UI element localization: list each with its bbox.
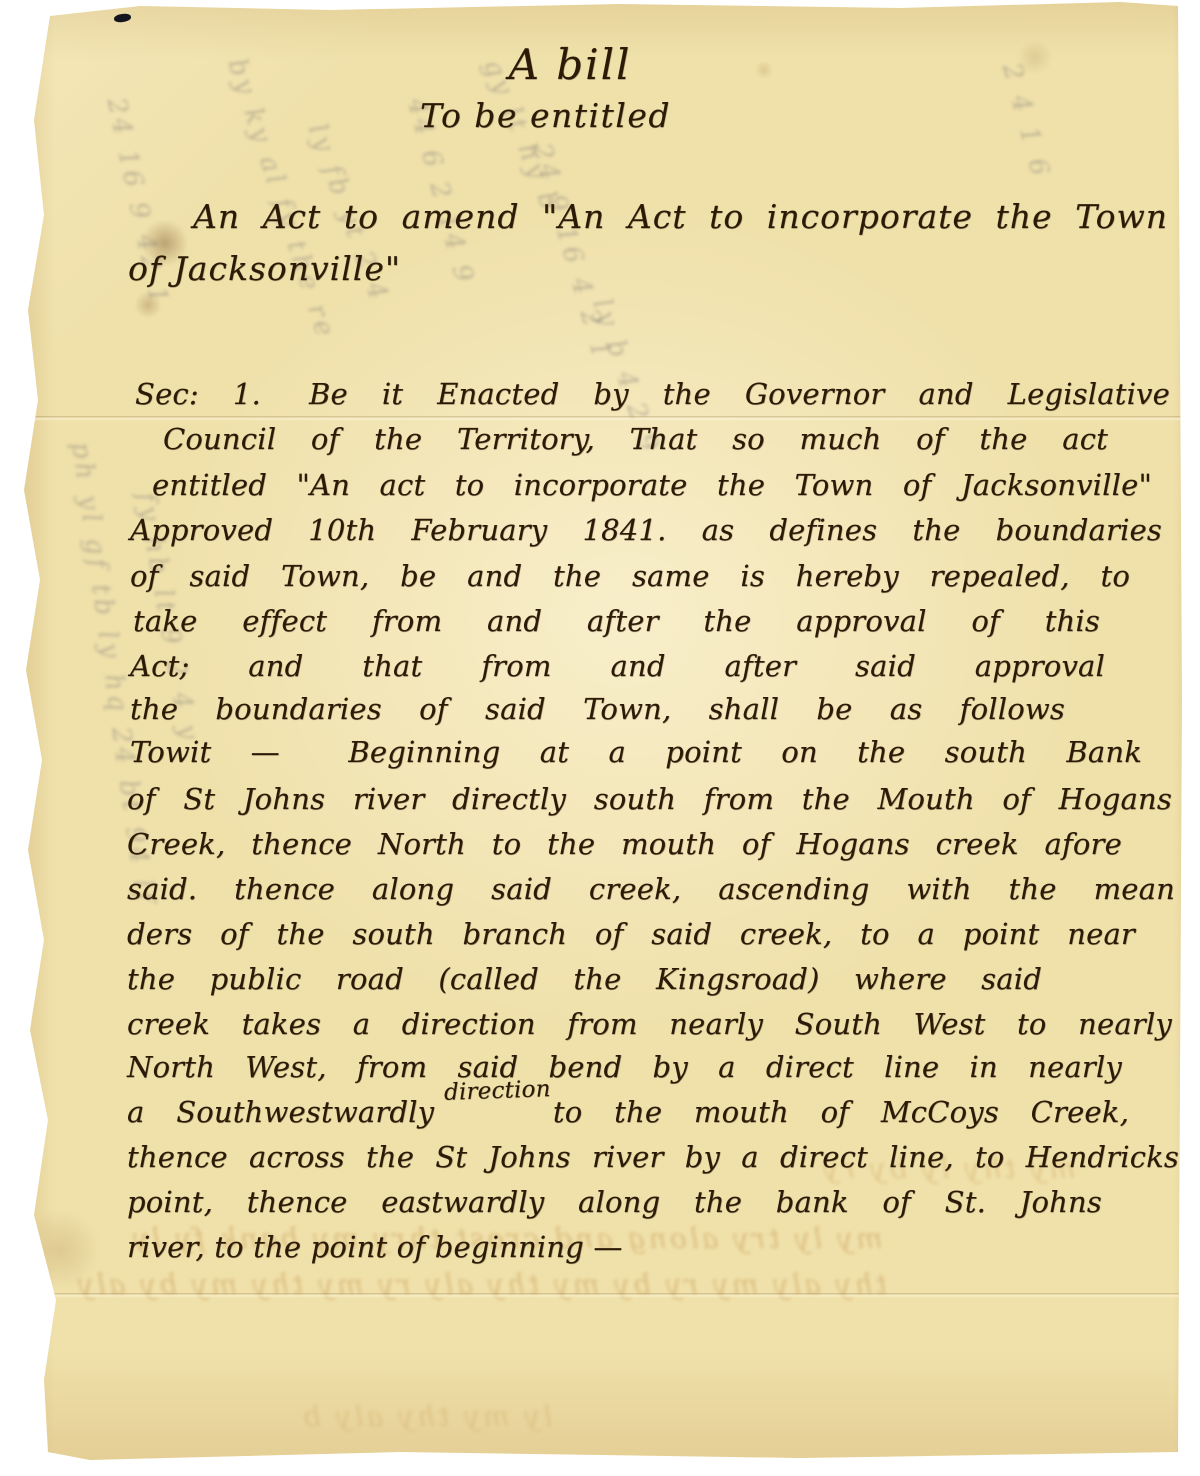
manuscript-line: the public road (called the Kingsroad) w…	[127, 960, 1042, 998]
manuscript-line-text: a Southwestwardly	[127, 1095, 434, 1129]
manuscript-line: Act; and that from and after said approv…	[130, 647, 1105, 685]
manuscript-line: river, to the point of beginning —	[127, 1228, 777, 1266]
manuscript-line: ders of the south branch of said creek, …	[127, 915, 1135, 953]
manuscript-line: entitled "An act to incorporate the Town…	[152, 466, 1152, 504]
manuscript-line-with-insertion: a Southwestwardlydirectionto the mouth o…	[127, 1093, 1129, 1134]
manuscript-line: North West, from said bend by a direct l…	[127, 1048, 1122, 1086]
inserted-word: direction	[444, 1070, 552, 1112]
manuscript-line-text: Be it Enacted by the Governor and Legisl…	[309, 377, 1170, 411]
manuscript-page: by ky al fy the re 24 16 9 42 1 ly fb yt…	[0, 0, 1200, 1476]
manuscript-line: creek takes a direction from nearly Sout…	[127, 1005, 1172, 1043]
manuscript-line: Council of the Territory, That so much o…	[163, 420, 1108, 458]
scanner-background: by ky al fy the re 24 16 9 42 1 ly fb yt…	[0, 0, 1200, 1476]
manuscript-line: Sec: 1.Be it Enacted by the Governor and…	[135, 375, 1170, 413]
act-heading-line: of Jacksonville"	[128, 250, 528, 288]
manuscript-line: the boundaries of said Town, shall be as…	[130, 690, 1065, 728]
section-label: Sec: 1.	[135, 377, 261, 411]
document-title: A bill	[440, 40, 700, 89]
manuscript-line: of said Town, be and the same is hereby …	[130, 557, 1130, 595]
show-through-line: thy aly my ry by my thy aly ry my thy my…	[75, 1268, 887, 1301]
show-through-line: ly my thy aly b	[300, 1400, 552, 1433]
manuscript-line: of St Johns river directly south from th…	[127, 780, 1172, 818]
manuscript-line: point, thence eastwardly along the bank …	[127, 1183, 1102, 1221]
ink-blot	[114, 13, 132, 23]
act-heading-line: An Act to amend "An Act to incorporate t…	[193, 198, 1168, 236]
manuscript-line: Creek, thence North to the mouth of Hoga…	[127, 825, 1122, 863]
manuscript-line: take effect from and after the approval …	[133, 602, 1100, 640]
ghost-writing-illegible: 2 4 1 6	[996, 60, 1056, 183]
document-subtitle: To be entitled	[420, 96, 671, 135]
manuscript-line-text: to the mouth of McCoys Creek,	[553, 1095, 1129, 1129]
manuscript-line: Towit — Beginning at a point on the sout…	[130, 733, 1142, 771]
manuscript-line: thence across the St Johns river by a di…	[127, 1138, 1179, 1176]
manuscript-line: Approved 10th February 1841. as defines …	[130, 511, 1162, 549]
manuscript-line: said. thence along said creek, ascending…	[127, 870, 1175, 908]
